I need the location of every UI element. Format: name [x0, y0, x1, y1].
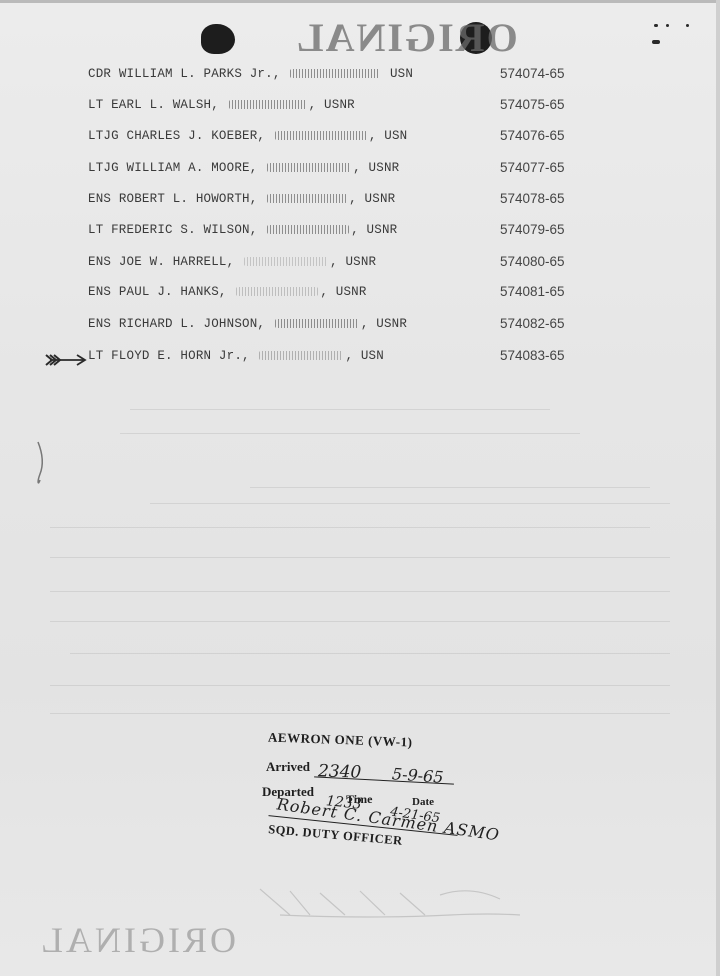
service-branch: , USN: [369, 129, 408, 143]
service-number: 574080-65: [500, 252, 565, 272]
roster-entry: LTJG CHARLES J. KOEBER, , USN: [88, 126, 407, 146]
roster-entry: ENS JOE W. HARRELL, , USNR: [88, 252, 376, 272]
rank: LTJG: [88, 161, 119, 175]
rank: LTJG: [88, 129, 119, 143]
roster-row: CDR WILLIAM L. PARKS Jr., USN 574074-65: [0, 64, 720, 84]
service-branch: USN: [390, 67, 413, 81]
rank: ENS: [88, 317, 111, 331]
roster-entry: ENS ROBERT L. HOWORTH, , USNR: [88, 189, 395, 209]
rank: ENS: [88, 285, 111, 299]
roster-row: LT FREDERIC S. WILSON, , USNR 574079-65: [0, 220, 720, 240]
service-number: 574077-65: [500, 158, 565, 178]
roster-row: ENS PAUL J. HANKS, , USNR 574081-65: [0, 282, 720, 302]
service-number: 574082-65: [500, 314, 565, 334]
redacted-field: [229, 100, 307, 109]
service-branch: , USNR: [309, 98, 355, 112]
roster-row: ENS ROBERT L. HOWORTH, , USNR 574078-65: [0, 189, 720, 209]
person-name: PAUL J. HANKS,: [119, 285, 227, 299]
service-branch: , USNR: [330, 255, 376, 269]
date-label: Date: [412, 796, 434, 808]
roster-row: LT EARL L. WALSH, , USNR 574075-65: [0, 95, 720, 115]
roster-entry: LT EARL L. WALSH, , USNR: [88, 95, 355, 115]
person-name: FLOYD E. HORN Jr.,: [111, 349, 250, 363]
roster-row: ENS JOE W. HARRELL, , USNR 574080-65: [0, 252, 720, 272]
redacted-field: [267, 163, 351, 172]
punch-hole-left: [201, 24, 235, 54]
original-stamp-top: ORIGINAL: [295, 18, 518, 58]
redacted-field: [290, 69, 380, 78]
original-stamp-bottom: ORIGINAL: [38, 922, 236, 958]
service-number: 574079-65: [500, 220, 565, 240]
page-right-edge: [716, 0, 720, 976]
service-number: 574076-65: [500, 126, 565, 146]
service-number: 574081-65: [500, 282, 565, 302]
roster-row: LTJG WILLIAM A. MOORE, , USNR 574077-65: [0, 158, 720, 178]
roster-row: LTJG CHARLES J. KOEBER, , USN 574076-65: [0, 126, 720, 146]
redacted-field: [275, 131, 367, 140]
roster-entry: ENS PAUL J. HANKS, , USNR: [88, 282, 367, 302]
page-top-edge: [0, 0, 720, 3]
service-branch: , USN: [345, 349, 384, 363]
redacted-field: [236, 287, 318, 296]
service-branch: , USNR: [320, 285, 366, 299]
person-name: JOE W. HARRELL,: [119, 255, 235, 269]
service-branch: , USNR: [351, 223, 397, 237]
redacted-field: [267, 194, 347, 203]
service-number: 574078-65: [500, 189, 565, 209]
arrow-pointer-icon: [44, 352, 88, 368]
service-branch: , USNR: [361, 317, 407, 331]
roster-entry: LT FLOYD E. HORN Jr., , USN: [88, 346, 384, 366]
corner-marks: [640, 18, 700, 48]
redacted-field: [259, 351, 343, 360]
service-number: 574074-65: [500, 64, 565, 84]
service-number: 574083-65: [500, 346, 565, 366]
roster-entry: ENS RICHARD L. JOHNSON, , USNR: [88, 314, 407, 334]
roster-entry: LTJG WILLIAM A. MOORE, , USNR: [88, 158, 399, 178]
person-name: CHARLES J. KOEBER,: [127, 129, 266, 143]
rank: CDR: [88, 67, 111, 81]
roster-entry: LT FREDERIC S. WILSON, , USNR: [88, 220, 397, 240]
faint-signature-show-through: [250, 885, 530, 921]
squadron-name: AEWRON ONE (VW-1): [268, 729, 413, 750]
rank: LT: [88, 349, 103, 363]
document-page: ORIGINAL CDR WILLIAM L. PARKS Jr., USN 5…: [0, 0, 718, 976]
service-number: 574075-65: [500, 95, 565, 115]
roster-row: ENS RICHARD L. JOHNSON, , USNR 574082-65: [0, 314, 720, 334]
person-name: WILLIAM L. PARKS Jr.,: [119, 67, 281, 81]
rank: LT: [88, 223, 103, 237]
person-name: RICHARD L. JOHNSON,: [119, 317, 265, 331]
rank: ENS: [88, 192, 111, 206]
rank: LT: [88, 98, 103, 112]
redacted-field: [267, 225, 349, 234]
squadron-arrival-stamp: AEWRON ONE (VW-1) Arrived 2340 5-9-65 De…: [262, 728, 522, 848]
person-name: WILLIAM A. MOORE,: [127, 161, 258, 175]
redacted-field: [275, 319, 359, 328]
service-branch: , USNR: [353, 161, 399, 175]
redacted-field: [244, 257, 328, 266]
roster-entry: CDR WILLIAM L. PARKS Jr., USN: [88, 64, 413, 84]
person-name: ROBERT L. HOWORTH,: [119, 192, 258, 206]
reverse-side-show-through: [30, 395, 680, 725]
rank: ENS: [88, 255, 111, 269]
person-name: FREDERIC S. WILSON,: [111, 223, 257, 237]
person-name: EARL L. WALSH,: [111, 98, 219, 112]
arrived-label: Arrived: [266, 759, 310, 775]
service-branch: , USNR: [349, 192, 395, 206]
roster-row: LT FLOYD E. HORN Jr., , USN 574083-65: [0, 346, 720, 366]
